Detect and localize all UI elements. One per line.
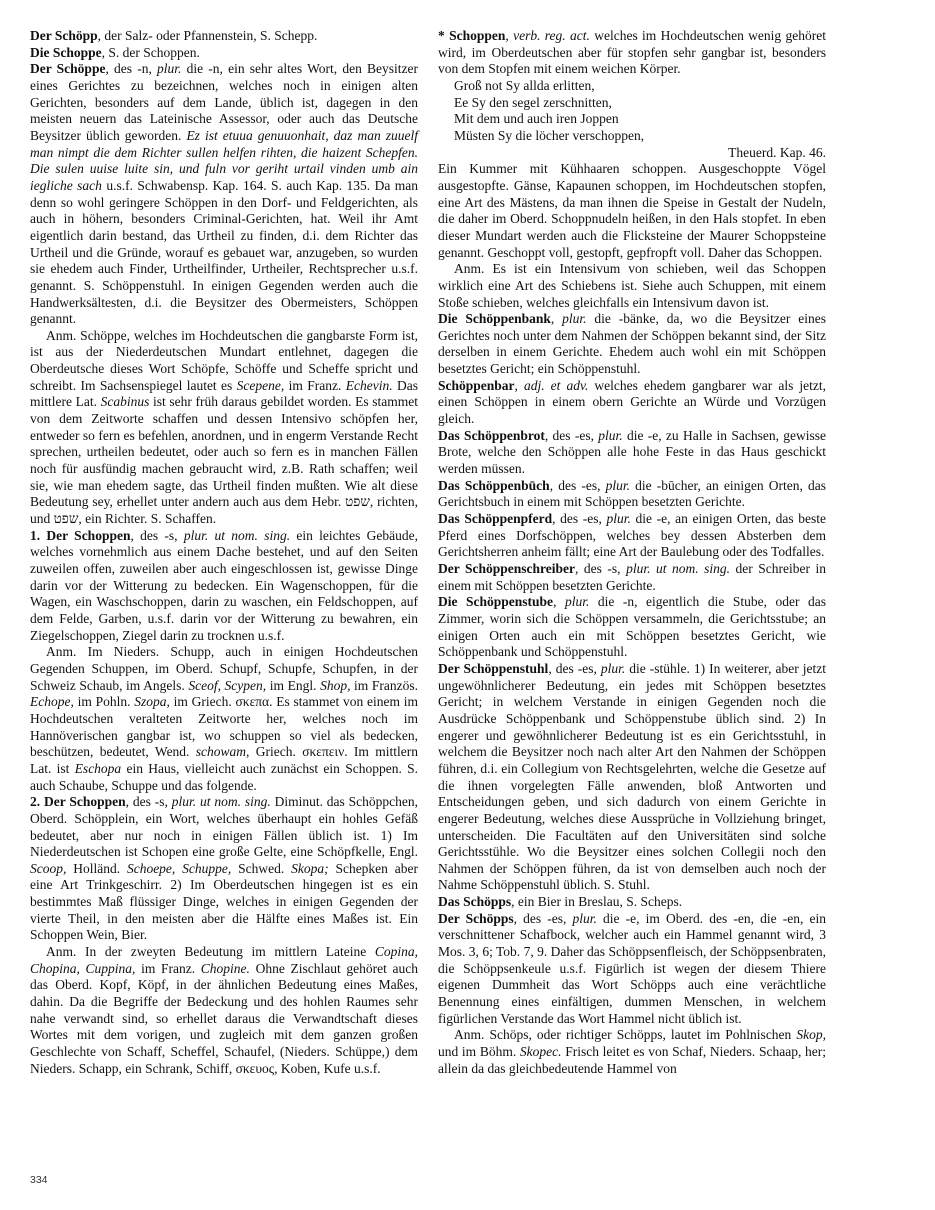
foreign-term: Skopa;	[291, 861, 329, 876]
foreign-term: Eschopa	[75, 761, 122, 776]
headword: * Schoppen	[438, 28, 505, 43]
entry-schoeppenbank: Die Schöppenbank, plur. die -bänke, da, …	[438, 311, 826, 378]
foreign-term: Skop,	[796, 1027, 826, 1042]
headword: 2. Der Schoppen	[30, 794, 126, 809]
headword: Das Schöppenbrot	[438, 428, 545, 443]
entry-der-schoppen-1: 1. Der Schoppen, des -s, plur. ut nom. s…	[30, 528, 418, 645]
grammar-note: plur.	[607, 511, 631, 526]
annotation-text: im Franz.	[284, 378, 345, 393]
entry-text: , des -es,	[552, 511, 606, 526]
entry-text: , des -s,	[130, 528, 183, 543]
entry-schoeppenbrot: Das Schöppenbrot, des -es, plur. die -e,…	[438, 428, 826, 478]
entry-text: , des -s,	[575, 561, 626, 576]
entry-text: , ein Bier in Breslau, S. Scheps.	[511, 894, 682, 909]
entry-schoeppenpferd: Das Schöppenpferd, des -es, plur. die -e…	[438, 511, 826, 561]
annotation-text: Ohne Zischlaut gehöret auch das Oberd. K…	[30, 961, 418, 1076]
headword: Der Schöppenschreiber	[438, 561, 575, 576]
headword: Der Schöpps	[438, 911, 514, 926]
foreign-term: Shop,	[320, 678, 350, 693]
entry-text: , S. der Schoppen.	[102, 45, 200, 60]
entry-text: u.s.f. Schwabensp. Kap. 164. S. auch Kap…	[30, 178, 418, 326]
page-number: 334	[30, 1172, 48, 1189]
entry-text: Holländ.	[66, 861, 127, 876]
annotation-text: und im Böhm.	[438, 1044, 520, 1059]
annotation-text: im Franz.	[135, 961, 200, 976]
verse-line: Mit dem und auch iren Joppen	[438, 111, 826, 128]
foreign-term: Echevin.	[346, 378, 393, 393]
foreign-term: Skopec.	[520, 1044, 562, 1059]
entry-schoeppenbuch: Das Schöppenbūch, des -es, plur. die -bū…	[438, 478, 826, 511]
entry-der-schoeppe: Der Schöppe, des -n, plur. die -n, ein s…	[30, 61, 418, 328]
left-column: Der Schöpp, der Salz- oder Pfannenstein,…	[30, 28, 418, 1077]
entry-text: , des -n,	[105, 61, 157, 76]
entry-schoeppenschreiber: Der Schöppenschreiber, des -s, plur. ut …	[438, 561, 826, 594]
entry-text: ,	[505, 28, 513, 43]
entry-text: ,	[515, 378, 524, 393]
headword: Der Schöppe	[30, 61, 105, 76]
entry-der-schoppen-2: 2. Der Schoppen, des -s, plur. ut nom. s…	[30, 794, 418, 944]
entry-continuation: Ein Kummer mit Kühhaaren schoppen. Ausge…	[438, 161, 826, 261]
verse-citation: Theuerd. Kap. 46.	[438, 145, 826, 162]
entry-text: die -stühle. 1) In weiterer, aber jetzt …	[438, 661, 826, 893]
entry-text: , des -es,	[545, 428, 598, 443]
foreign-term: Chopine.	[201, 961, 250, 976]
grammar-note: plur.	[606, 478, 630, 493]
verse-line: Müsten Sy die löcher verschoppen,	[438, 128, 826, 145]
annotation-der-schoppen-2: Anm. In der zweyten Bedeutung im mittler…	[30, 944, 418, 1077]
grammar-note: plur. ut nom. sing.	[626, 561, 730, 576]
grammar-note: plur.	[601, 661, 625, 676]
entry-das-schoepps: Das Schöpps, ein Bier in Breslau, S. Sch…	[438, 894, 826, 911]
annotation-text: Anm. In der zweyten Bedeutung im mittler…	[46, 944, 375, 959]
headword: Die Schöppenbank	[438, 311, 551, 326]
annotation-der-schoepps: Anm. Schöps, oder richtiger Schöpps, lau…	[438, 1027, 826, 1077]
grammar-note: plur.	[565, 594, 589, 609]
grammar-note: plur.	[573, 911, 597, 926]
grammar-note: plur.	[562, 311, 586, 326]
foreign-term: Scoop,	[30, 861, 66, 876]
headword: Der Schöpp	[30, 28, 98, 43]
annotation-text: Anm. Schöps, oder richtiger Schöpps, lau…	[454, 1027, 796, 1042]
foreign-term: Szopa,	[134, 694, 170, 709]
entry-text: Schwed.	[231, 861, 291, 876]
foreign-term: Sceof, Scypen,	[188, 678, 266, 693]
grammar-note: plur.	[598, 428, 622, 443]
annotation-schoppen-verb: Anm. Es ist ein Intensivum von schieben,…	[438, 261, 826, 311]
entry-schoppen-verb: * Schoppen, verb. reg. act. welches im H…	[438, 28, 826, 78]
grammar-note: plur.	[157, 61, 181, 76]
annotation-der-schoeppe: Anm. Schöppe, welches im Hochdeutschen d…	[30, 328, 418, 528]
dictionary-page: Der Schöpp, der Salz- oder Pfannenstein,…	[0, 0, 935, 1210]
entry-text: , des -es,	[550, 478, 606, 493]
entry-text: , der Salz- oder Pfannenstein, S. Schepp…	[98, 28, 318, 43]
foreign-term: Scabinus	[101, 394, 150, 409]
annotation-text: im Französ.	[350, 678, 418, 693]
headword: Die Schöppenstube	[438, 594, 553, 609]
annotation-text: im Pohln.	[74, 694, 134, 709]
grammar-note: plur. ut nom. sing.	[172, 794, 271, 809]
headword: Schöppenbar	[438, 378, 515, 393]
grammar-note: adj. et adv.	[524, 378, 588, 393]
entry-text: ,	[553, 594, 565, 609]
annotation-text: ist sehr früh daraus gebildet worden. Es…	[30, 394, 418, 526]
annotation-der-schoppen-1: Anm. Im Nieders. Schupp, auch in einigen…	[30, 644, 418, 794]
verse-line: Ee Sy den segel zerschnitten,	[438, 95, 826, 112]
right-column: * Schoppen, verb. reg. act. welches im H…	[438, 28, 826, 1077]
annotation-text: im Engl.	[266, 678, 320, 693]
entry-die-schoppe: Die Schoppe, S. der Schoppen.	[30, 45, 418, 62]
verse-line: Groß not Sy allda erlitten,	[438, 78, 826, 95]
entry-text: die -e, im Oberd. des -en, die -en, ein …	[438, 911, 826, 1026]
headword: Die Schoppe	[30, 45, 102, 60]
entry-text: , des -s,	[126, 794, 172, 809]
entry-text: ein leichtes Gebäude, welches vornehmlic…	[30, 528, 418, 643]
foreign-term: schowam,	[196, 744, 250, 759]
foreign-term: Schoepe, Schuppe,	[127, 861, 231, 876]
entry-schoeppenbar: Schöppenbar, adj. et adv. welches ehedem…	[438, 378, 826, 428]
entry-der-schoepps: Der Schöpps, des -es, plur. die -e, im O…	[438, 911, 826, 1028]
headword: 1. Der Schoppen	[30, 528, 130, 543]
entry-schoeppenstuhl: Der Schöppenstuhl, des -es, plur. die -s…	[438, 661, 826, 894]
entry-text: ,	[551, 311, 562, 326]
grammar-note: plur. ut nom. sing.	[184, 528, 290, 543]
foreign-term: Scepene,	[237, 378, 285, 393]
headword: Das Schöpps	[438, 894, 511, 909]
entry-text: , des -es,	[514, 911, 573, 926]
foreign-term: Echope,	[30, 694, 74, 709]
entry-schoeppenstube: Die Schöppenstube, plur. die -n, eigentl…	[438, 594, 826, 661]
entry-der-schoepp: Der Schöpp, der Salz- oder Pfannenstein,…	[30, 28, 418, 45]
entry-text: , des -es,	[548, 661, 601, 676]
grammar-note: verb. reg. act.	[513, 28, 590, 43]
headword: Der Schöppenstuhl	[438, 661, 548, 676]
headword: Das Schöppenbūch	[438, 478, 550, 493]
headword: Das Schöppenpferd	[438, 511, 552, 526]
